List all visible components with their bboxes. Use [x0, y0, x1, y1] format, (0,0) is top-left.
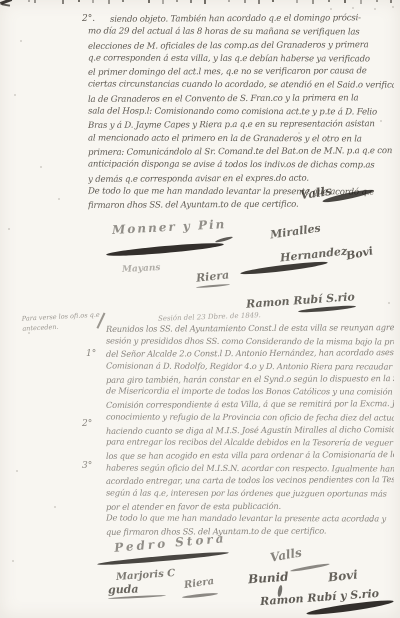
signature: Bovi — [327, 567, 358, 584]
signature: Bovi — [345, 244, 374, 262]
ink-speck — [388, 302, 390, 304]
ink-speck — [8, 228, 10, 230]
handwritten-line: para entregar los recibos del Alcalde de… — [106, 436, 394, 450]
edge-tick-mark — [312, 0, 314, 4]
ink-speck — [14, 94, 16, 96]
edge-tick-mark — [34, 0, 36, 3]
handwritten-line: y demás q.e corresponda avisar en el exp… — [88, 172, 394, 187]
handwritten-line: que firmaron dhos SS. del Ayuntam.to de … — [106, 524, 394, 538]
edge-tick-mark — [108, 0, 110, 4]
ink-speck — [352, 7, 354, 9]
handwritten-line: los que se han acogido en esta villa par… — [106, 448, 394, 462]
handwritten-line: Reunidos los SS. del Ayuntamiento Const.… — [106, 321, 394, 335]
handwritten-line: según á las q.e, interesen por las órden… — [106, 486, 394, 500]
edge-tick-mark — [360, 0, 362, 4]
handwritten-line: Comisión correspondiente á esta Villa, á… — [106, 397, 394, 411]
signature: Marjoris C — [116, 568, 176, 583]
handwritten-line: mo día 29 del actual á las 8 horas de su… — [88, 26, 394, 40]
signature: Miralles — [269, 222, 321, 242]
edge-tick-mark — [204, 0, 206, 4]
body-text-section-1: siendo objeto. También han acordado q.e … — [88, 13, 394, 212]
edge-tick-mark — [244, 0, 246, 3]
handwritten-line: Bras y á D. Jayme Capes y Riera p.a q.e … — [88, 118, 394, 133]
signature: Bunid — [248, 570, 289, 587]
edge-tick-mark — [390, 0, 392, 3]
edge-tick-mark — [296, 0, 298, 3]
ink-corner-mark — [2, 3, 10, 6]
ink-flourish — [196, 284, 230, 289]
edge-tick-mark — [62, 0, 64, 4]
signature: Riera — [183, 576, 214, 591]
edge-tick-mark — [190, 0, 192, 3]
ink-flourish — [106, 241, 224, 258]
edge-tick-mark — [272, 0, 274, 2]
ink-speck — [12, 560, 14, 562]
edge-tick-mark — [162, 0, 164, 4]
edge-tick-mark — [148, 0, 150, 3]
signature: Valls — [269, 545, 303, 564]
edge-tick-mark — [28, 0, 30, 2]
handwritten-line: conocimiento y refugio de la Provincia c… — [106, 410, 394, 424]
edge-tick-mark — [122, 0, 124, 2]
signature: guda — [108, 582, 139, 596]
handwritten-line: firmaron dhos SS. del Ayuntam.to de que … — [88, 198, 394, 213]
ink-speck — [392, 6, 394, 8]
ink-flourish — [290, 563, 330, 573]
margin-item-number: 3° — [82, 461, 92, 471]
edge-tick-mark — [258, 0, 260, 4]
edge-tick-mark — [376, 0, 378, 2]
ink-speck — [40, 166, 42, 168]
edge-tick-mark — [92, 0, 94, 3]
margin-item-number: 2° — [82, 419, 92, 429]
handwritten-line: ciertas circunstancias cuando lo acordad… — [88, 79, 394, 93]
signature: Monner y Pin — [112, 217, 227, 237]
signature: Riera — [195, 268, 229, 284]
ink-speck — [16, 470, 18, 472]
edge-tick-mark — [328, 0, 330, 2]
ink-flourish — [182, 592, 218, 599]
margin-item-number: 1° — [86, 349, 96, 359]
handwritten-line: Comisionan á D. Rodolfo, Regidor 4.o y D… — [106, 360, 394, 374]
ink-speck — [374, 8, 376, 10]
edge-tick-mark — [78, 0, 80, 2]
handwritten-line: anticipación disponga se avise á todos l… — [88, 159, 394, 173]
handwritten-line: elecciones de M. oficiales de las comp.a… — [88, 39, 394, 54]
signature: Mayans — [122, 263, 161, 275]
edge-tick-mark — [344, 0, 346, 3]
ink-speck — [330, 8, 332, 10]
ink-speck — [54, 506, 56, 508]
manuscript-page: 2°. siendo objeto. También han acordado … — [0, 0, 400, 618]
edge-tick-mark — [176, 0, 178, 2]
ink-flourish — [215, 236, 233, 244]
ink-speck — [20, 40, 22, 42]
ink-speck — [58, 198, 60, 200]
handwritten-line: acordado entregar, una carta de todos lo… — [106, 473, 394, 487]
edge-tick-mark — [228, 0, 230, 2]
body-text-section-2: Reunidos los SS. del Ayuntamiento Const.… — [106, 322, 394, 538]
